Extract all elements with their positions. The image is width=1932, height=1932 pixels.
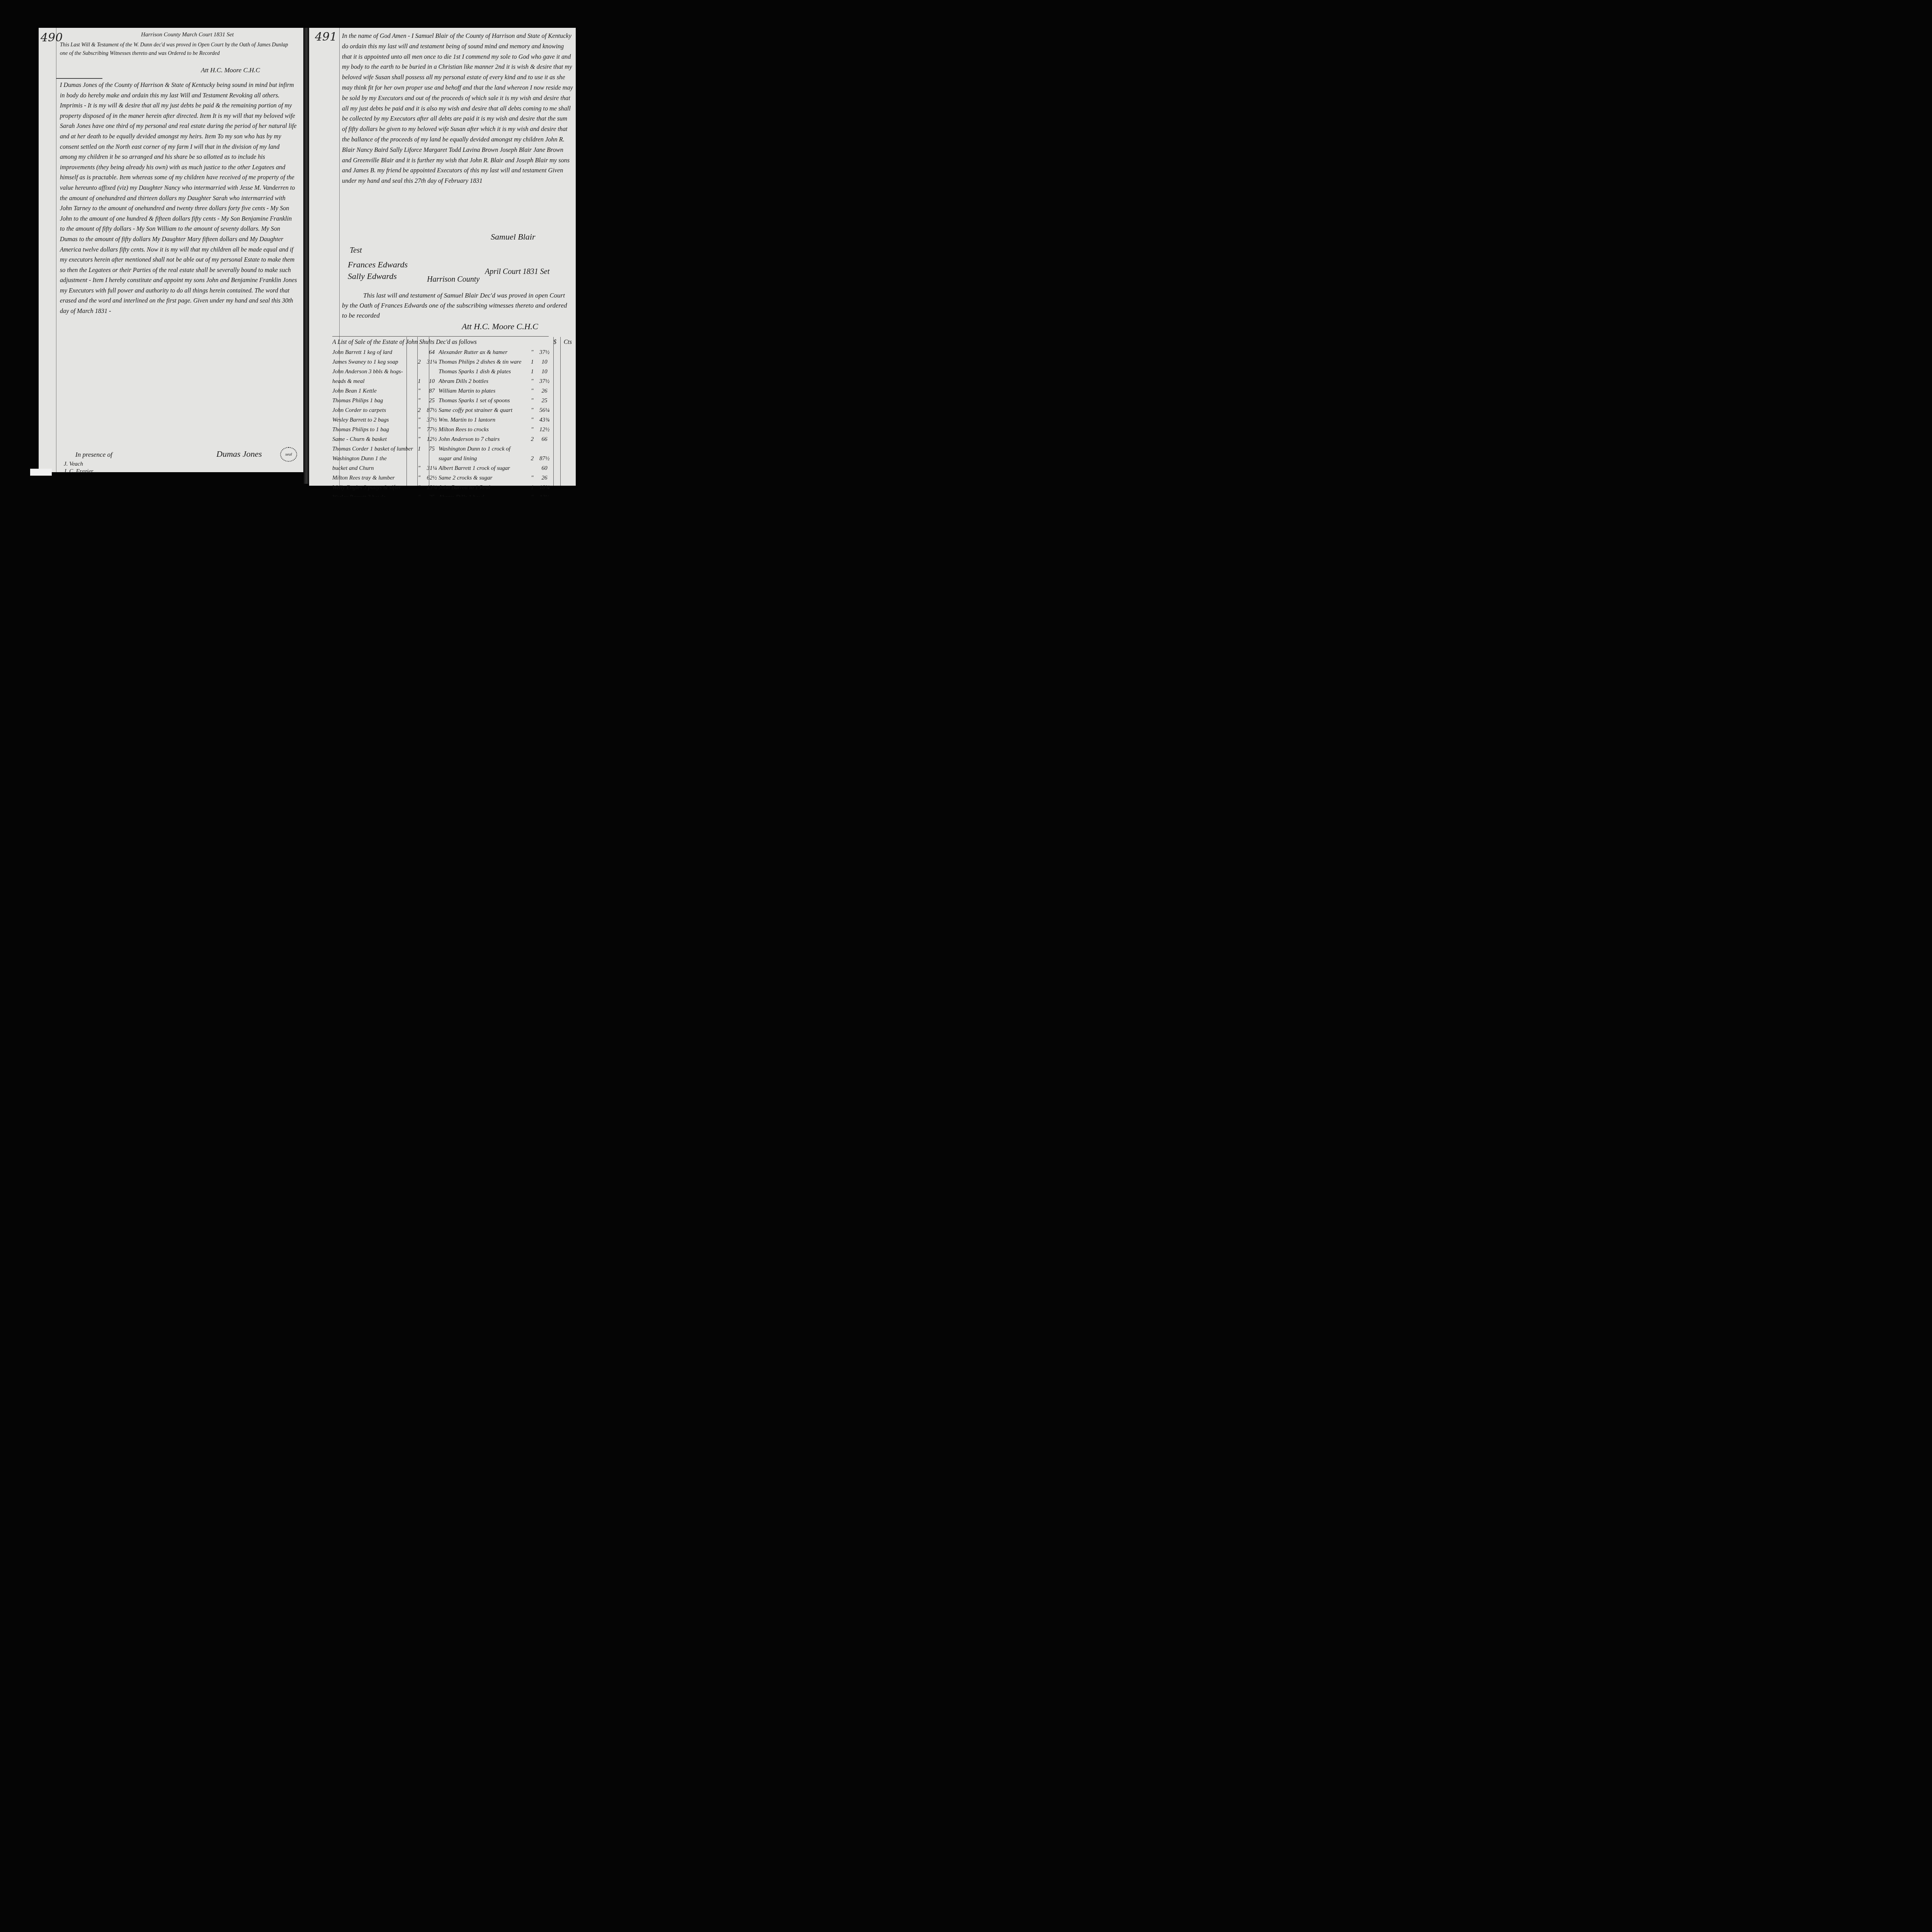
sale-cents: 26 [537,386,552,396]
sale-dollars: " [413,493,425,497]
sale-cents: 12½ [537,425,552,435]
sale-cents: 87½ [537,454,552,464]
sale-cents: 77½ [425,425,439,435]
sale-entry: Same coffy pot strainer & quart [439,406,527,415]
sale-cents: 37½ [537,377,552,386]
sale-cents: 87 [425,386,439,396]
sale-entry: Wesley Barrett 3 bowls [332,493,413,497]
sale-entry: Washington Dunn 1 the [332,454,413,464]
seal-mark: seal [280,447,297,462]
sale-entry: Welly Engles 3 puttys & sifter [332,483,413,493]
sale-cents: 25 [537,396,552,406]
sale-dollars: " [527,406,537,415]
sale-entry: Same 2 crocks & sugar [439,473,527,483]
sale-cents [537,444,552,454]
sale-dollars: " [527,493,537,497]
witness-name: Frances Edwards [348,260,408,270]
probate-court-line: April Court 1831 Set [485,267,549,276]
sale-dollars: " [413,483,425,493]
sale-dollars: 1 [413,377,425,386]
sale-entry: John Barrett to 1 Real [439,483,527,493]
witness-name: Sally Edwards [348,271,397,281]
witness-name: J. C. Frazier [64,468,94,475]
sale-dollars: " [413,386,425,396]
page-number: 490 [41,31,63,44]
test-label: Test [350,246,362,255]
sale-dollars: 1 [413,444,425,454]
will-text-dumas-jones: I Dumas Jones of the County of Harrison … [60,80,298,316]
sale-cents [425,454,439,464]
sale-cents: 37½ [537,348,552,357]
sale-cents: 18¾ [537,483,552,493]
sale-dollars [413,348,425,357]
sale-entry: Wesley Barrett to 2 bags [332,415,413,425]
sale-cents: 10 [537,357,552,367]
col-dollars-header: $ [533,337,556,348]
witness-name: J. Veach [64,461,94,468]
margin-rule [56,28,56,472]
sale-entry: Alexander Rutter ax & hamer [439,348,527,357]
sale-cents: 75 [425,444,439,454]
will-text-samuel-blair: In the name of God Amen - I Samuel Blair… [342,31,573,186]
table-row: Thomas Philips 1 bag"25Thomas Sparks 1 s… [332,396,572,406]
sale-entry: Albert Barrett 1 crock of sugar [439,464,527,473]
sale-entry: John Anderson to 7 chairs [439,435,527,444]
sale-entry: bucket and Churn [332,464,413,473]
sale-dollars: " [413,464,425,473]
table-row: John Anderson 3 bbls & hogs-Thomas Spark… [332,367,572,377]
divider [56,78,102,79]
sale-cents: 64 [425,348,439,357]
sale-entry: Abram Dills 1 bowl [439,493,527,497]
sale-dollars: " [527,348,537,357]
book-spine [304,28,309,484]
sale-dollars: " [413,415,425,425]
sale-cents: 66 [537,435,552,444]
sale-cents: 12½ [537,493,552,497]
sale-dollars: " [527,386,537,396]
sale-dollars: 2 [413,357,425,367]
sale-cents: 56¼ [537,406,552,415]
sale-entry: Thomas Philips to 1 bag [332,425,413,435]
sale-entry: Washington Dunn to 1 crock of [439,444,527,454]
sale-entry: Abram Dills 2 bottles [439,377,527,386]
sale-entry: Thomas Philips 2 dishes & tin ware [439,357,527,367]
sale-dollars: " [527,425,537,435]
sale-cents: 87½ [425,406,439,415]
table-caption: A List of Sale of the Estate of John Shu… [332,337,533,348]
testator-signature: Dumas Jones [216,449,262,459]
sale-cents: 10 [425,377,439,386]
witness-list: J. Veach J. C. Frazier [64,461,94,475]
sale-dollars [413,367,425,377]
table-row: John Bean 1 Kettle"87William Martin to p… [332,386,572,396]
probate-text: This last will and testament of Samuel B… [342,291,572,321]
sale-dollars [413,454,425,464]
sale-cents: 10 [537,367,552,377]
sale-dollars: " [413,425,425,435]
table-row: Welly Engles 3 puttys & sifter"13¾John B… [332,483,572,493]
sale-entry: Thomas Philips 1 bag [332,396,413,406]
sale-cents: 31¼ [425,464,439,473]
divider [332,336,549,337]
right-page: 491 In the name of God Amen - I Samuel B… [309,28,576,486]
sale-entry: James Swaney to 1 keg soap [332,357,413,367]
attestation: Att H.C. Moore C.H.C [201,66,260,74]
table-row: heads & meal110Abram Dills 2 bottles"37½ [332,377,572,386]
table-row: Wesley Barrett 3 bowls"25Abram Dills 1 b… [332,493,572,497]
sale-dollars: 1 [527,367,537,377]
sale-cents: 12½ [425,435,439,444]
sale-dollars: " [527,396,537,406]
sale-cents: 26 [537,473,552,483]
col-cents-header: Cts [556,337,572,348]
table-row: John Corder to carpets287½Same coffy pot… [332,406,572,415]
table-row: Thomas Philips to 1 bag"77½Milton Rees t… [332,425,572,435]
sale-dollars [527,464,537,473]
court-header: Harrison County March Court 1831 Set [106,32,269,38]
table-row: Wesley Barrett to 2 bags"37½Wm. Martin t… [332,415,572,425]
sale-dollars: " [413,435,425,444]
sale-entry: John Anderson 3 bbls & hogs- [332,367,413,377]
sale-dollars: " [527,377,537,386]
sale-cents: 37½ [425,415,439,425]
sale-dollars: 2 [413,406,425,415]
sale-entry: Thomas Corder 1 basket of lumber [332,444,413,454]
sale-entry: Same - Churn & basket [332,435,413,444]
sale-dollars: 2 [527,435,537,444]
table-row: bucket and Churn"31¼Albert Barrett 1 cro… [332,464,572,473]
sale-dollars: " [527,473,537,483]
page-number: 491 [315,30,337,44]
testator-signature: Samuel Blair [491,232,536,242]
table-row: Same - Churn & basket"12½John Anderson t… [332,435,572,444]
sale-entry: William Martin to plates [439,386,527,396]
sale-entry: sugar and lining [439,454,527,464]
presence-label: In presence of [75,451,112,459]
left-page: 490 Harrison County March Court 1831 Set… [39,28,303,472]
sale-entry: John Bean 1 Kettle [332,386,413,396]
sale-dollars: " [413,396,425,406]
sale-entry: Thomas Sparks 1 dish & plates [439,367,527,377]
sale-cents: 31¼ [425,357,439,367]
sale-dollars: 1 [527,483,537,493]
sale-dollars: 2 [527,454,537,464]
sale-entry: Milton Rees tray & lumber [332,473,413,483]
sale-entry: John Corder to carpets [332,406,413,415]
sale-entry: John Barrett 1 keg of lard [332,348,413,357]
sale-cents: 13¾ [425,483,439,493]
table-row: James Swaney to 1 keg soap231¼Thomas Phi… [332,357,572,367]
attestation: Att H.C. Moore C.H.C [462,321,538,332]
probate-county: Harrison County [427,275,480,284]
film-label-tag [30,469,52,476]
sale-rows: John Barrett 1 keg of lard64Alexander Ru… [332,348,572,497]
table-row: John Barrett 1 keg of lard64Alexander Ru… [332,348,572,357]
sale-dollars: 1 [527,357,537,367]
sale-cents: 60 [537,464,552,473]
table-caption-row: A List of Sale of the Estate of John Shu… [332,337,572,348]
sale-entry: heads & meal [332,377,413,386]
sale-cents: 43¾ [537,415,552,425]
sale-entry: Wm. Martin to 1 lantorn [439,415,527,425]
sale-dollars: " [527,415,537,425]
sale-entry: Milton Rees to crocks [439,425,527,435]
sale-cents: 25 [425,493,439,497]
sale-list-table: A List of Sale of the Estate of John Shu… [332,337,572,497]
sale-dollars [527,444,537,454]
sale-dollars: " [413,473,425,483]
sale-cents: 25 [425,396,439,406]
table-row: Thomas Corder 1 basket of lumber175Washi… [332,444,572,454]
sale-cents: 62½ [425,473,439,483]
table-row: Washington Dunn 1 thesugar and lining287… [332,454,572,464]
sale-entry: Thomas Sparks 1 set of spoons [439,396,527,406]
table-row: Milton Rees tray & lumber"62½Same 2 croc… [332,473,572,483]
sale-cents [425,367,439,377]
probate-note: This Last Will & Testament of the W. Dun… [60,41,296,58]
